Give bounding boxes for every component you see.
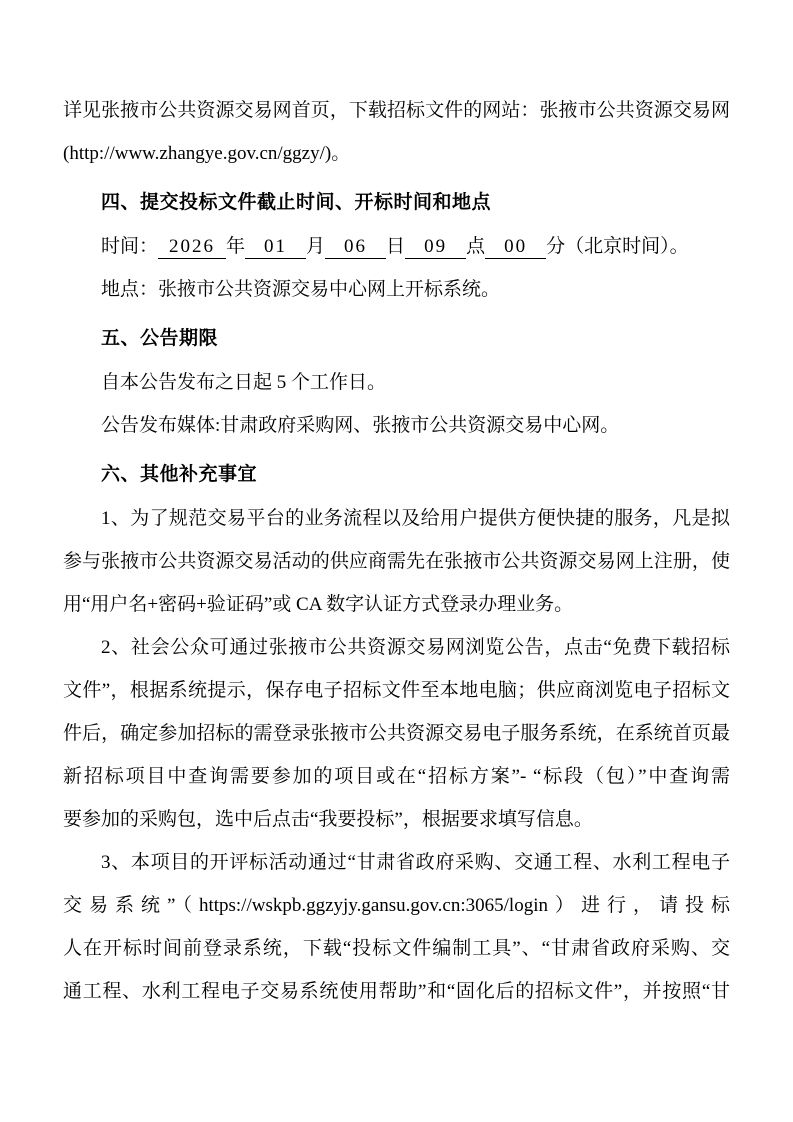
supplement-para2-line: 2、社会公众可通过张掖市公共资源交易网浏览公告，点击“免费下载招标 xyxy=(63,626,730,669)
intro-paragraph-url-line: (http://www.zhangye.gov.cn/ggzy/)。 xyxy=(63,132,730,175)
supplement-para3-line: 通工程、水利工程电子交易系统使用帮助”和“固化后的招标文件”，并按照“甘 xyxy=(63,970,730,1013)
supplement-para3-line: 交易系统”（https://wskpb.ggzyjy.gansu.gov.cn:… xyxy=(63,884,730,927)
time-minute-value: 00 xyxy=(485,235,546,259)
section6-heading: 六、其他补充事宜 xyxy=(63,453,730,496)
time-timezone-suffix: （北京时间）。 xyxy=(565,236,689,257)
intro-paragraph-line: 详见张掖市公共资源交易网首页，下载招标文件的网站：张掖市公共资源交易网 xyxy=(63,89,730,132)
supplement-para2-line: 要参加的采购包，选中后点击“我要投标”，根据要求填写信息。 xyxy=(63,798,730,841)
document-page: 详见张掖市公共资源交易网首页，下载招标文件的网站：张掖市公共资源交易网 (htt… xyxy=(0,0,793,1122)
time-label: 时间： xyxy=(101,236,158,257)
time-day-unit: 日 xyxy=(386,236,405,257)
time-year-value: 2026 xyxy=(158,235,226,259)
supplement-para2-line: 文件”，根据系统提示，保存电子招标文件至本地电脑；供应商浏览电子招标文 xyxy=(63,669,730,712)
time-hour-value: 09 xyxy=(405,235,466,259)
opening-location-line: 地点：张掖市公共资源交易中心网上开标系统。 xyxy=(63,268,730,311)
time-month-value: 01 xyxy=(245,235,306,259)
time-month-unit: 月 xyxy=(306,236,325,257)
deadline-time-line: 时间：2026年01月06日09点00分（北京时间）。 xyxy=(63,225,730,268)
document-content: 详见张掖市公共资源交易网首页，下载招标文件的网站：张掖市公共资源交易网 (htt… xyxy=(0,0,793,1013)
supplement-para1-line: 参与张掖市公共资源交易活动的供应商需先在张掖市公共资源交易网上注册，使 xyxy=(63,540,730,583)
time-year-unit: 年 xyxy=(226,236,245,257)
announcement-period-line: 自本公告发布之日起 5 个工作日。 xyxy=(63,361,730,404)
supplement-para3-line: 人在开标时间前登录系统，下载“投标文件编制工具”、“甘肃省政府采购、交 xyxy=(63,927,730,970)
supplement-para2-line: 件后，确定参加招标的需登录张掖市公共资源交易电子服务系统，在系统首页最 xyxy=(63,712,730,755)
section5-heading: 五、公告期限 xyxy=(63,317,730,360)
supplement-para3-line: 3、本项目的开评标活动通过“甘肃省政府采购、交通工程、水利工程电子 xyxy=(63,841,730,884)
time-day-value: 06 xyxy=(325,235,386,259)
section4-heading: 四、提交投标文件截止时间、开标时间和地点 xyxy=(63,181,730,224)
time-minute-unit: 分 xyxy=(546,236,565,257)
supplement-para1-line: 用“用户名+密码+验证码”或 CA 数字认证方式登录办理业务。 xyxy=(63,583,730,626)
supplement-para1-line: 1、为了规范交易平台的业务流程以及给用户提供方便快捷的服务，凡是拟 xyxy=(63,497,730,540)
announcement-media-line: 公告发布媒体:甘肃政府采购网、张掖市公共资源交易中心网。 xyxy=(63,404,730,447)
time-hour-unit: 点 xyxy=(466,236,485,257)
supplement-para2-line: 新招标项目中查询需要参加的项目或在“招标方案”- “标段（包）”中查询需 xyxy=(63,755,730,798)
